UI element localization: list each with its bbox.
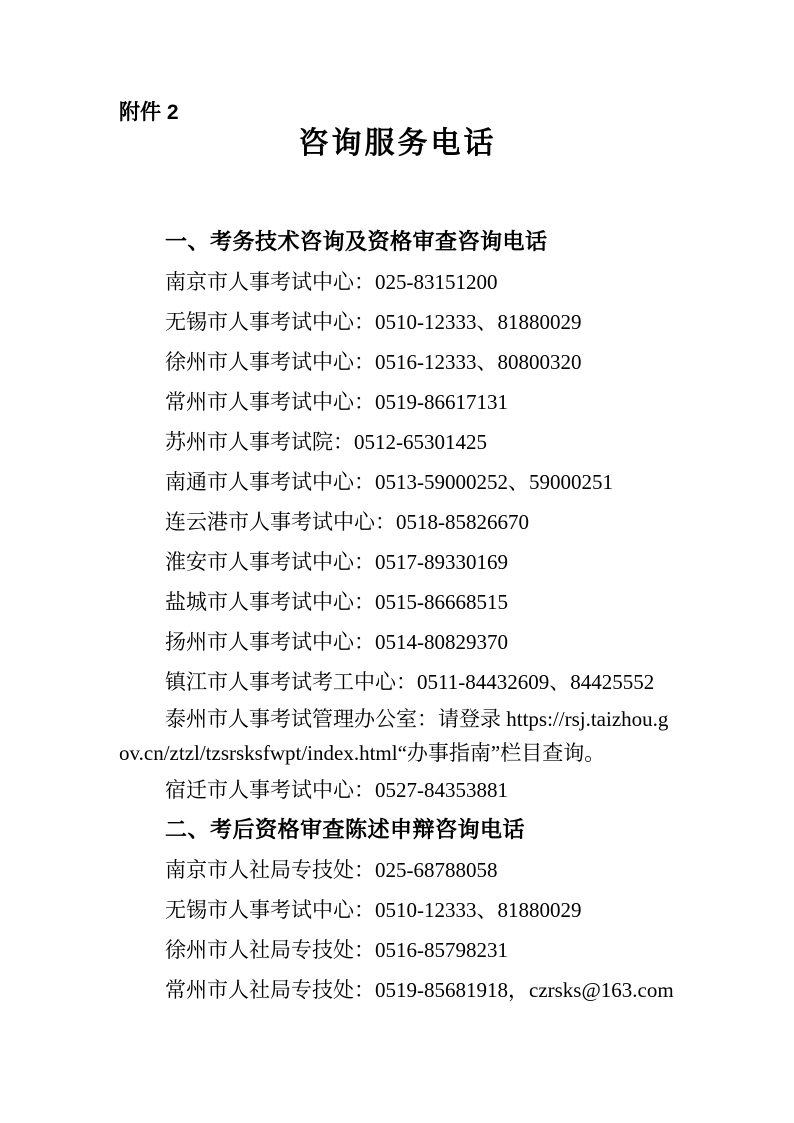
entry-label: 常州市人社局专技处 <box>165 978 354 1002</box>
document-body: 一、考务技术咨询及资格审查咨询电话南京市人事考试中心：025-83151200无… <box>119 222 676 1010</box>
entry-label: 苏州市人事考试院 <box>165 430 333 454</box>
entry-value: 0511-84432609、84425552 <box>417 670 654 694</box>
entry-colon: ： <box>354 590 375 614</box>
entry-colon: ： <box>354 938 375 962</box>
phone-entry: 苏州市人事考试院：0512-65301425 <box>119 422 676 462</box>
entry-label: 宿迁市人事考试中心 <box>165 778 354 802</box>
section-heading: 二、考后资格审查陈述申辩咨询电话 <box>119 810 676 850</box>
entry-label: 泰州市人事考试管理办公室 <box>165 707 417 731</box>
entry-value: 0510-12333、81880029 <box>375 898 582 922</box>
entry-value: 0518-85826670 <box>396 510 529 534</box>
phone-entry: 常州市人社局专技处：0519-85681918，czrsks@163.com <box>119 970 676 1010</box>
entry-label: 南京市人社局专技处 <box>165 858 354 882</box>
document-page: 附件 2 咨询服务电话 一、考务技术咨询及资格审查咨询电话南京市人事考试中心：0… <box>0 0 794 1123</box>
phone-entry: 无锡市人事考试中心：0510-12333、81880029 <box>119 302 676 342</box>
entry-colon: ： <box>354 550 375 574</box>
entry-colon: ： <box>354 270 375 294</box>
phone-entry: 常州市人事考试中心：0519-86617131 <box>119 382 676 422</box>
entry-colon: ： <box>396 670 417 694</box>
entry-value: 0527-84353881 <box>375 778 508 802</box>
document-title: 咨询服务电话 <box>119 124 676 164</box>
entry-colon: ： <box>354 898 375 922</box>
entry-value: 0519-85681918，czrsks@163.com <box>375 978 674 1002</box>
entry-label: 淮安市人事考试中心 <box>165 550 354 574</box>
entry-colon: ： <box>354 778 375 802</box>
entry-colon: ： <box>354 390 375 414</box>
entry-colon: ： <box>354 978 375 1002</box>
entry-colon: ： <box>333 430 354 454</box>
entry-label: 徐州市人事考试中心 <box>165 350 354 374</box>
entry-value: 025-83151200 <box>375 270 498 294</box>
entry-colon: ： <box>375 510 396 534</box>
section-heading: 一、考务技术咨询及资格审查咨询电话 <box>119 222 676 262</box>
entry-label: 南通市人事考试中心 <box>165 470 354 494</box>
entry-label: 镇江市人事考试考工中心 <box>165 670 396 694</box>
entry-colon: ： <box>354 350 375 374</box>
entry-value: 0517-89330169 <box>375 550 508 574</box>
entry-label: 南京市人事考试中心 <box>165 270 354 294</box>
entry-value: 0515-86668515 <box>375 590 508 614</box>
phone-entry: 宿迁市人事考试中心：0527-84353881 <box>119 770 676 810</box>
phone-entry: 徐州市人事考试中心：0516-12333、80800320 <box>119 342 676 382</box>
entry-label: 无锡市人事考试中心 <box>165 310 354 334</box>
entry-label: 连云港市人事考试中心 <box>165 510 375 534</box>
entry-value: 0516-85798231 <box>375 938 508 962</box>
entry-colon: ： <box>354 858 375 882</box>
phone-entry: 盐城市人事考试中心：0515-86668515 <box>119 582 676 622</box>
entry-label: 扬州市人事考试中心 <box>165 630 354 654</box>
entry-label: 盐城市人事考试中心 <box>165 590 354 614</box>
entry-value: 025-68788058 <box>375 858 498 882</box>
entry-value: 0513-59000252、59000251 <box>375 470 613 494</box>
entry-colon: ： <box>354 470 375 494</box>
entry-label: 常州市人事考试中心 <box>165 390 354 414</box>
entry-value: 0510-12333、81880029 <box>375 310 582 334</box>
phone-entry: 泰州市人事考试管理办公室：请登录 https://rsj.taizhou.gov… <box>119 702 676 770</box>
phone-entry: 南京市人事考试中心：025-83151200 <box>119 262 676 302</box>
entry-label: 无锡市人事考试中心 <box>165 898 354 922</box>
entry-colon: ： <box>354 310 375 334</box>
entry-value: 0512-65301425 <box>354 430 487 454</box>
phone-entry: 徐州市人社局专技处：0516-85798231 <box>119 930 676 970</box>
entry-label: 徐州市人社局专技处 <box>165 938 354 962</box>
phone-entry: 南通市人事考试中心：0513-59000252、59000251 <box>119 462 676 502</box>
entry-colon: ： <box>417 707 438 731</box>
phone-entry: 南京市人社局专技处：025-68788058 <box>119 850 676 890</box>
phone-entry: 淮安市人事考试中心：0517-89330169 <box>119 542 676 582</box>
entry-value: 0514-80829370 <box>375 630 508 654</box>
entry-value: 0519-86617131 <box>375 390 508 414</box>
entry-value: 0516-12333、80800320 <box>375 350 582 374</box>
phone-entry: 无锡市人事考试中心：0510-12333、81880029 <box>119 890 676 930</box>
phone-entry: 镇江市人事考试考工中心：0511-84432609、84425552 <box>119 662 676 702</box>
phone-entry: 连云港市人事考试中心：0518-85826670 <box>119 502 676 542</box>
phone-entry: 扬州市人事考试中心：0514-80829370 <box>119 622 676 662</box>
entry-colon: ： <box>354 630 375 654</box>
